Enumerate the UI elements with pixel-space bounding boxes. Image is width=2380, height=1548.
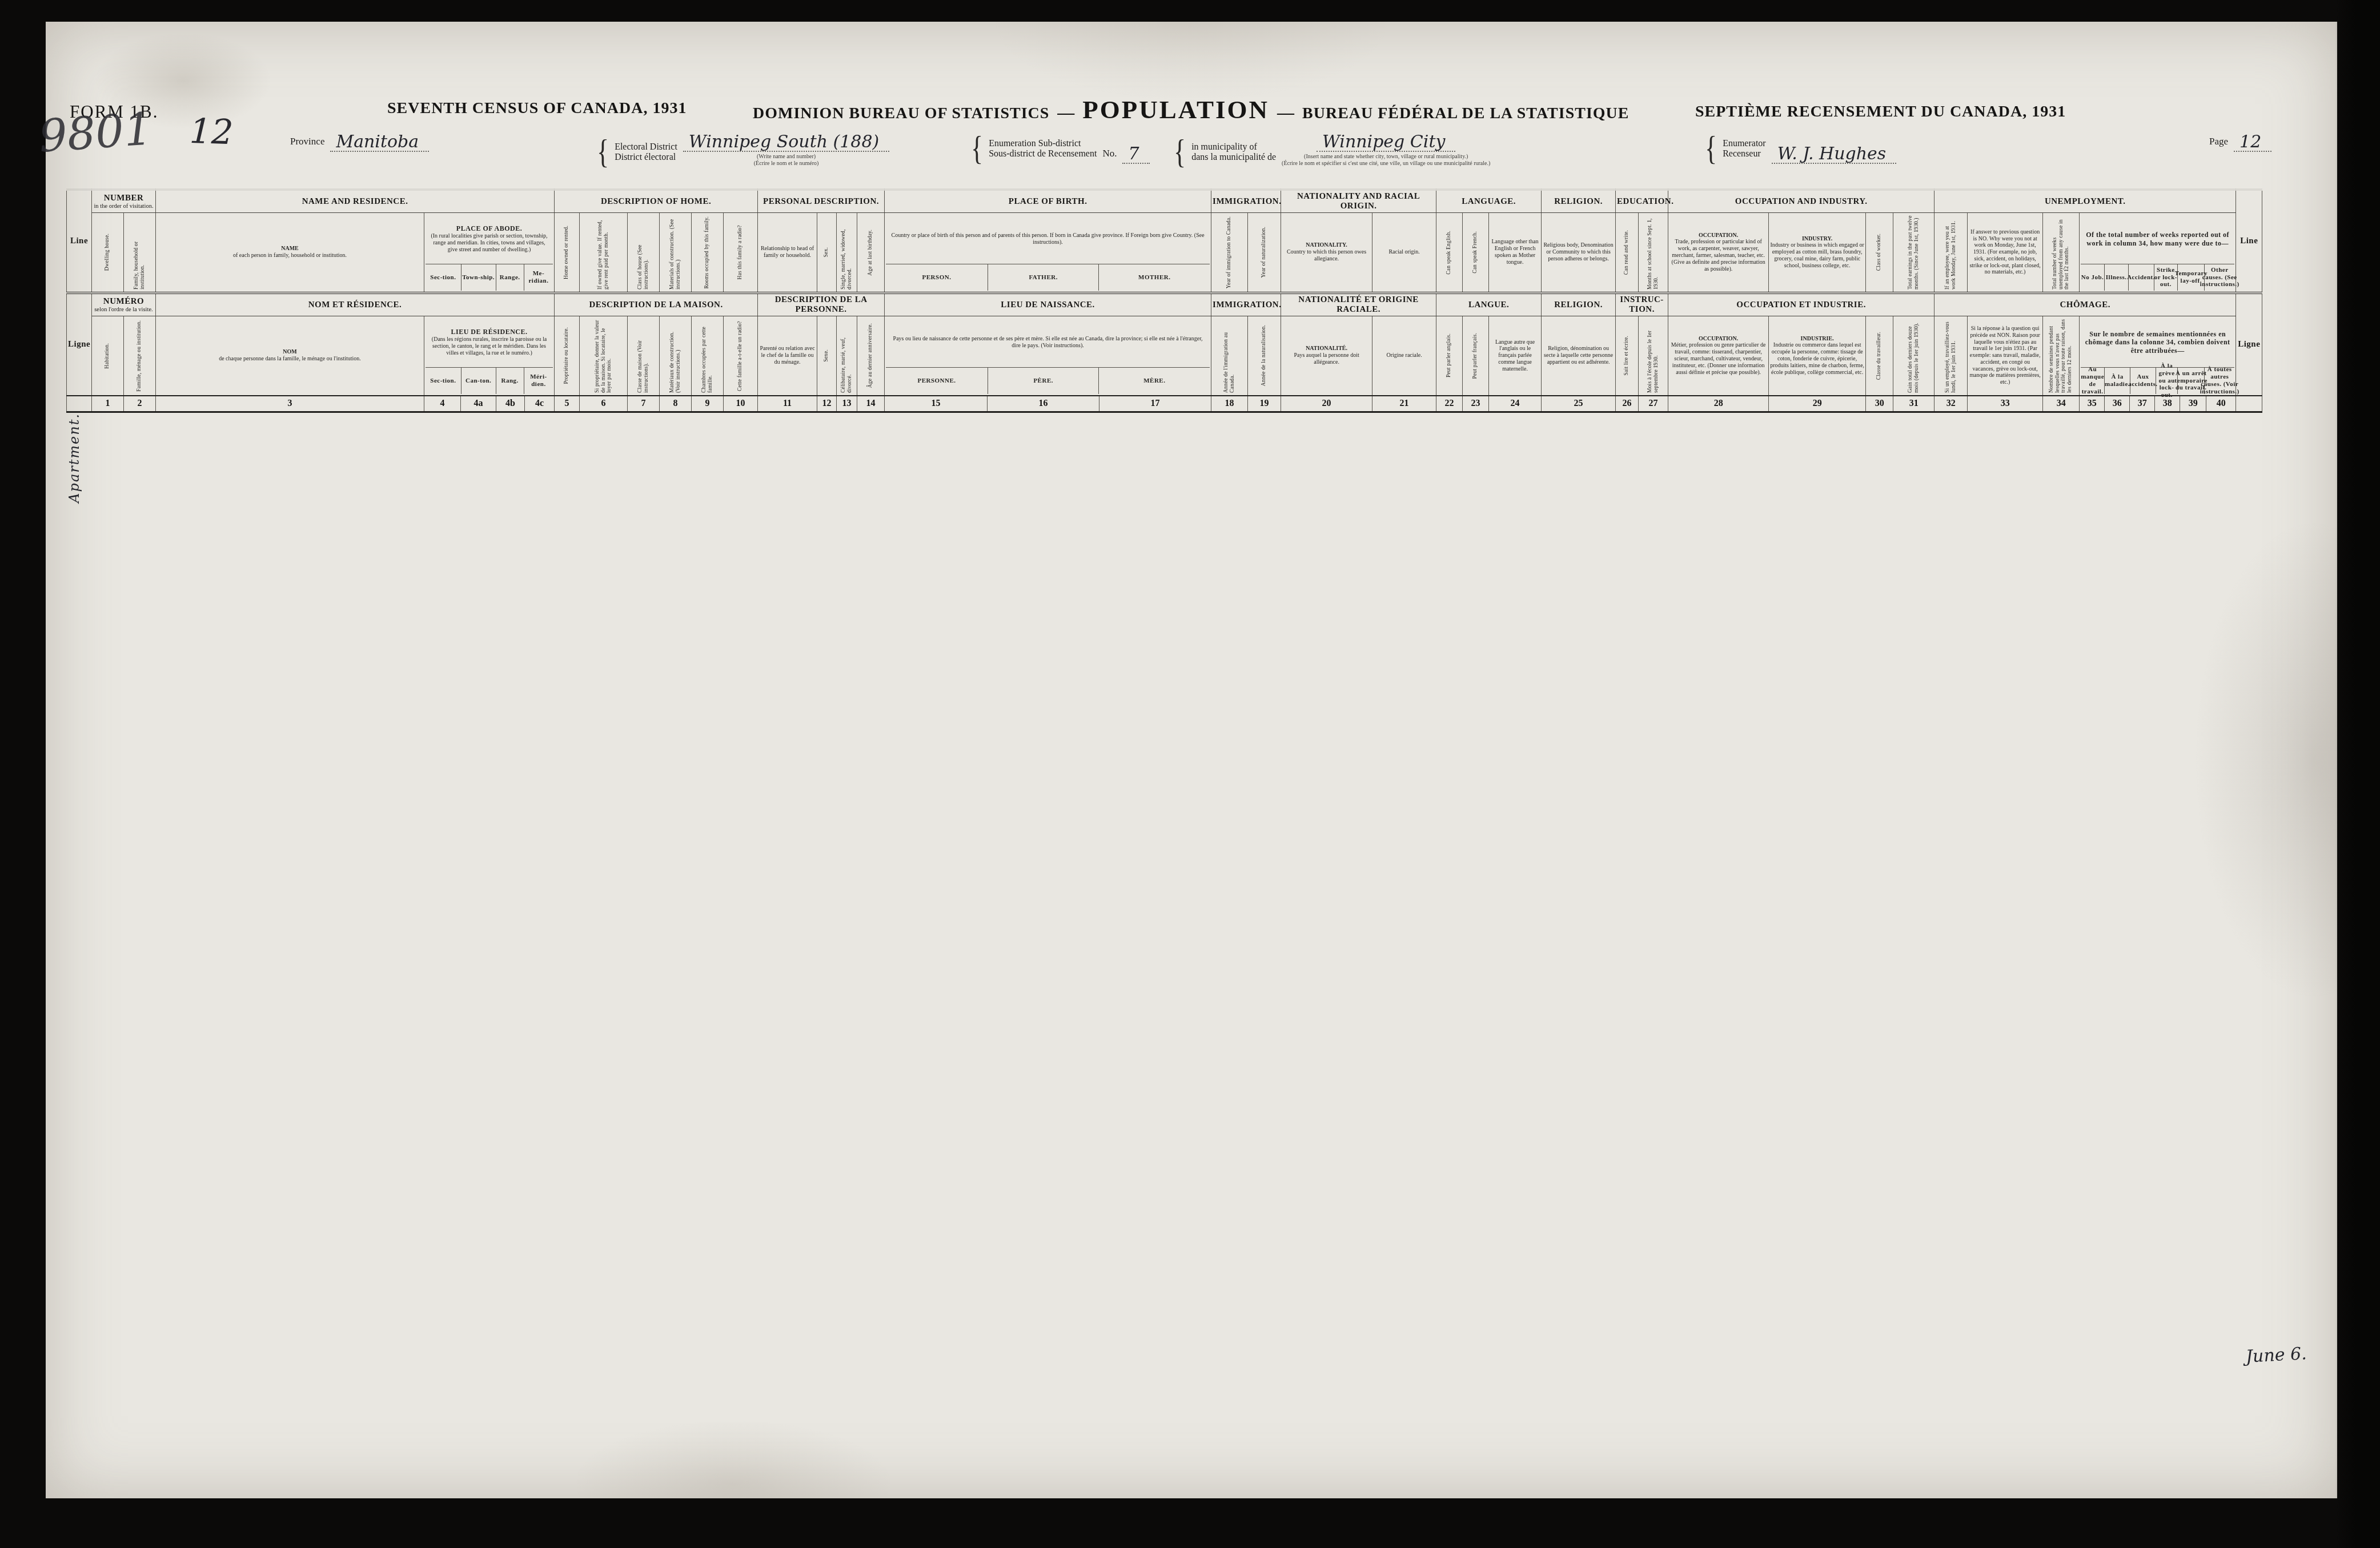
col-label-c8: Materials of construction. (See instruct… [660,213,692,293]
electoral-note: (Write name and number)(Écrire le nom et… [754,152,819,167]
vertical-label: Sait lire et écrire. [1624,336,1630,375]
vertical-label: Sexe. [824,349,830,362]
col-label-c21: Racial origin. [1372,213,1436,293]
group-title-LANGUAGE.: LANGUAGE. [1436,190,1542,213]
col-label-c34: Nombre de semaines pendant lesquelles vo… [2043,316,2080,396]
col-number-21: 21 [1372,396,1436,412]
col-label-c25: Religious body, Denomination or Communit… [1542,213,1616,293]
col-label-c19: Year of naturalization. [1248,213,1281,293]
col-label-c7: Class of house (See instructions). [628,213,660,293]
subgroup-note: Of the total number of weeks reported ou… [2081,214,2234,264]
col-label-c19: Année de la naturalisation. [1248,316,1281,396]
subgroup-inner: Of the total number of weeks reported ou… [2081,214,2234,291]
group-title-NATIONALITÉ ET ORIGINE RACIALE.: NATIONALITÉ ET ORIGINE RACIALE. [1281,293,1436,316]
col-label-c10: Has this family a radio? [724,213,758,293]
subgroup-note: Pays ou lieu de naissance de cette perso… [886,317,1210,367]
col-label-c9: Chambres occupées par cette famille. [692,316,724,396]
municipality-label-en: in municipality of [1191,142,1276,152]
mini-label-c36: À la maladie. [2105,368,2130,394]
census-sheet-paper: FORM 1B. 9801 12 SEVENTH CENSUS OF CANAD… [46,22,2337,1498]
col-label-c26: Can read and write. [1616,213,1639,293]
mini-label-c17: MOTHER. [1099,264,1210,291]
col-number-31: 31 [1893,396,1934,412]
page-label: Page [2209,136,2228,152]
vertical-label: Class of worker. [1876,234,1883,271]
dash: — [1057,103,1074,123]
group-title-DESCRIPTION DE LA MAISON.: DESCRIPTION DE LA MAISON. [555,293,758,316]
col-label-c34: Total number of weeks unemployed from an… [2043,213,2080,293]
mini-label-c4c: Méri-dien. [524,368,553,394]
col-number-9: 9 [692,396,724,412]
col-label-c30: Class of worker. [1866,213,1893,293]
brace: { [1174,132,1186,173]
subgroup-mini-row: No Job.Illness.Accident.Strike or lock-o… [2081,264,2234,291]
col-number-33: 33 [1968,396,2043,412]
subgroup-mini-row: PERSON.FATHER.MOTHER. [886,264,1210,291]
col-label-c12: Sexe. [817,316,837,396]
col-number-26: 26 [1616,396,1639,412]
group-title-NUMBER: NUMBERin the order of visitation. [92,190,156,213]
mini-label-c37: Accident. [2129,264,2154,291]
col-label-c26: Sait lire et écrire. [1616,316,1639,396]
vertical-label: Gain total des derniers douze mois (depu… [1908,319,1920,393]
group-title-NOM ET RÉSIDENCE.: NOM ET RÉSIDENCE. [156,293,555,316]
subdistrict-label-fr: Sous-district de Recensement [989,149,1097,159]
vertical-label: Has this family a radio? [737,225,744,280]
subgroup-mini-row: PERSONNE.PÈRE.MÈRE. [886,367,1210,394]
enumerator-label-fr: Recenseur [1723,149,1766,159]
col-number-3: 3 [156,396,424,412]
vertical-label: Single, married, widowed, divorced. [841,215,853,290]
group-title-UNEMPLOYMENT.: UNEMPLOYMENT. [1934,190,2236,213]
electoral-note-fr: (Écrire le nom et le numéro) [754,160,819,167]
vertical-label: Home owned or rented. [564,226,570,279]
col-label-c29: INDUSTRY.Industry or business in which e… [1769,213,1866,293]
mini-label-c4a: Town-ship. [461,264,496,291]
scan-edge-shadow [2335,0,2380,1548]
vertical-label: Chambres occupées par cette famille. [701,319,713,393]
municipality-note: (Insert name and state whether city, tow… [1282,152,1490,167]
col-label-c7: Classe de maison (Voir instructions). [628,316,660,396]
col-number-13: 13 [837,396,857,412]
electoral-district-value: Winnipeg South (188) [683,134,889,152]
col-label-c14: Age at last birthday. [857,213,885,293]
vertical-label: Célibataire, marié, veuf, divorcé. [841,319,853,393]
col-number-4a: 4a [461,396,496,412]
vertical-label: Age at last birthday. [868,230,874,276]
subgroup-cell: PLACE OF ABODE.(In rural localities give… [424,213,555,293]
col-label-c12: Sex. [817,213,837,293]
col-label-c32: Si un employé, travailliez-vous lundi, l… [1934,316,1968,396]
subgroup-inner: Country or place of birth of this person… [886,214,1210,291]
subgroup-note: Sur le nombre de semaines mentionnées en… [2081,317,2234,367]
col-label-c11: Relationship to head of family or househ… [758,213,817,293]
page-header: FORM 1B. 9801 12 SEVENTH CENSUS OF CANAD… [46,22,2337,188]
population-title: POPULATION [1082,95,1269,124]
mini-label-c16: FATHER. [988,264,1099,291]
col-label-c14: Âge au dernier anniversaire. [857,316,885,396]
col-label-c24: Langue autre que l'anglais ou le françai… [1489,316,1542,396]
col-label-c22: Can speak English. [1436,213,1463,293]
subgroup-cell: Of the total number of weeks reported ou… [2080,213,2236,293]
group-title-PLACE OF BIRTH.: PLACE OF BIRTH. [885,190,1211,213]
vertical-label: Can speak French. [1472,231,1479,274]
electoral-district-field: { Electoral District District électoral … [597,134,889,167]
vertical-label: Famille, ménage ou institution. [137,320,143,392]
subgroup-inner: LIEU DE RÉSIDENCE.(Dans les régions rura… [426,317,553,394]
group-title-NUMÉRO: NUMÉROselon l'ordre de la visite. [92,293,156,316]
group-title-LIEU DE NAISSANCE.: LIEU DE NAISSANCE. [885,293,1211,316]
municipality-note-fr: (Écrire le nom et spécifier si c'est une… [1282,160,1490,167]
brace: { [1705,128,1717,170]
col-label-c30: Classe du travailleur. [1866,316,1893,396]
subgroup-note: LIEU DE RÉSIDENCE.(Dans les régions rura… [426,317,553,367]
col-label-c28: OCCUPATION.Métier, profession ou genre p… [1668,316,1769,396]
group-title-INSTRUC-TION.: INSTRUC-TION. [1616,293,1668,316]
subdistrict-field: { Enumeration Sub-district Sous-district… [971,134,1150,164]
vertical-label: Âge au dernier anniversaire. [868,323,874,388]
col-number-2: 2 [124,396,156,412]
census-table-wrap: LineNUMBERin the order of visitation.NAM… [66,188,2317,413]
col-number-10: 10 [724,396,758,412]
col-label-c23: Can speak French. [1463,213,1489,293]
col-number-20: 20 [1281,396,1372,412]
col-label-c5: Home owned or rented. [555,213,580,293]
col-number-line_r [2236,396,2262,412]
vertical-label: Habitation. [105,343,111,369]
mini-label-c16: PÈRE. [988,368,1099,394]
enumerator-value: W. J. Hughes [1772,146,1897,164]
col-label-c22: Peut parler anglais. [1436,316,1463,396]
mini-label-c36: Illness. [2105,264,2129,291]
enumerator-labels: Enumerator Recenseur [1723,139,1766,164]
col-label-c23: Peut parler français. [1463,316,1489,396]
group-title-OCCUPATION ET INDUSTRIE.: OCCUPATION ET INDUSTRIE. [1668,293,1934,316]
subgroup-inner: PLACE OF ABODE.(In rural localities give… [426,214,553,291]
mini-label-c4: Sec-tion. [426,368,461,394]
municipality-label-fr: dans la municipalité de [1191,152,1276,163]
handwritten-book-number: 9801 [37,103,154,163]
province-value: Manitoba [330,134,429,152]
vertical-label: Total number of weeks unemployed from an… [2052,215,2070,290]
col-number-23: 23 [1463,396,1489,412]
col-number-4c: 4c [525,396,555,412]
group-title-LANGUE.: LANGUE. [1436,293,1542,316]
col-label-c25: Religion, dénomination ou secte à laquel… [1542,316,1616,396]
col-label-c29: INDUSTRIE.Industrie ou commerce dans leq… [1769,316,1866,396]
col-number-30: 30 [1866,396,1893,412]
col-number-1: 1 [92,396,124,412]
subgroup-note: Country or place of birth of this person… [886,214,1210,264]
group-title-row-fr: LigneNUMÉROselon l'ordre de la visite.NO… [67,293,2262,316]
subgroup-mini-row: Sec-tion.Can-ton.Rang.Méri-dien. [426,367,553,394]
subgroup-mini-row: Sec-tion.Town-ship.Range.Me-ridian. [426,264,553,291]
bureau-right: BUREAU FÉDÉRAL DE LA STATISTIQUE [1302,104,1629,123]
group-title-PERSONAL DESCRIPTION.: PERSONAL DESCRIPTION. [758,190,885,213]
col-number-27: 27 [1639,396,1668,412]
vertical-label: Peut parler français. [1472,333,1479,379]
vertical-label: If an employee, were you at work Monday,… [1945,215,1957,290]
vertical-label: Mois à l'école depuis le 1er septembre 1… [1647,319,1659,393]
municipality-value-wrap: Winnipeg City (Insert name and state whe… [1282,134,1490,167]
vertical-label: Sex. [824,247,830,257]
col-number-36: 36 [2105,396,2130,412]
vertical-label: Classe du travailleur. [1876,332,1883,380]
subgroup-inner: Pays ou lieu de naissance de cette perso… [886,317,1210,394]
col-label-c2: Famille, ménage ou institution. [124,316,156,396]
col-label-c8: Matériaux de construction. (Voir instruc… [660,316,692,396]
electoral-note-en: (Write name and number) [757,154,816,160]
vertical-label: Si un employé, travailliez-vous lundi, l… [1945,319,1957,393]
subgroup-mini-row: Au manque de travail.À la maladie.Aux ac… [2081,367,2234,394]
brace: { [971,128,983,170]
col-label-c11: Parenté ou relation avec le chef de la f… [758,316,817,396]
mini-label-c4: Sec-tion. [426,264,461,291]
group-title-CHÔMAGE.: CHÔMAGE. [1934,293,2236,316]
group-title-EDUCATION.: EDUCATION. [1616,190,1668,213]
bureau-left: DOMINION BUREAU OF STATISTICS [753,104,1049,123]
vertical-label: Rooms occupied by this family. [704,216,711,289]
vertical-label: Total earnings in the past twelve months… [1908,215,1920,290]
col-label-c3: NAMEof each person in family, household … [156,213,424,293]
bureau-title: DOMINION BUREAU OF STATISTICS — POPULATI… [753,95,1629,124]
vertical-label: Si propriétaire, donner la valeur de la … [595,319,613,393]
vertical-label: Classe de maison (Voir instructions). [637,319,649,393]
census-table: LineNUMBERin the order of visitation.NAM… [66,188,2262,413]
col-label-c21: Origine raciale. [1372,316,1436,396]
group-title-RELIGION.: RELIGION. [1542,190,1616,213]
label-row-en: Dwelling house.Family, household or inst… [67,213,2262,293]
mini-label-c4a: Can-ton. [461,368,496,394]
vertical-label: Matériaux de construction. (Voir instruc… [669,319,681,393]
col-label-c27: Mois à l'école depuis le 1er septembre 1… [1639,316,1668,396]
col-number-29: 29 [1769,396,1866,412]
province-label: Province [290,136,324,152]
col-label-c31: Total earnings in the past twelve months… [1893,213,1934,293]
vertical-label: Can read and write. [1624,230,1630,275]
col-label-c6: If owned give value. If rented, give ren… [580,213,628,293]
table-head: LineNUMBERin the order of visitation.NAM… [67,190,2262,412]
vertical-label: Dwelling house. [105,234,111,271]
no-label: No. [1102,148,1117,164]
label-row-fr: Habitation.Famille, ménage ou institutio… [67,316,2262,396]
col-number-34: 34 [2043,396,2080,412]
line-col-head: Line [2236,190,2262,293]
col-number-22: 22 [1436,396,1463,412]
page-number: 12 [2234,134,2271,152]
line-col-head: Ligne [2236,293,2262,396]
col-label-c2: Family, household or institution. [124,213,156,293]
group-title-RELIGION.: RELIGION. [1542,293,1616,316]
col-label-c32: If an employee, were you at work Monday,… [1934,213,1968,293]
mini-label-c40: À toutes autres causes. (Voir instructio… [2205,368,2234,394]
group-title-row-en: LineNUMBERin the order of visitation.NAM… [67,190,2262,213]
vertical-label: Année de la naturalisation. [1261,325,1267,386]
mini-label-c4b: Range. [496,264,524,291]
subgroup-inner: Sur le nombre de semaines mentionnées en… [2081,317,2234,394]
dash: — [1277,103,1294,123]
col-label-c18: Year of immigration to Canada. [1211,213,1248,293]
electoral-district-labels: Electoral District District électoral [615,142,677,167]
group-title-NAME AND RESIDENCE.: NAME AND RESIDENCE. [156,190,555,213]
mini-label-c35: No Job. [2081,264,2105,291]
vertical-label: Year of naturalization. [1261,227,1267,278]
col-label-c3: NOMde chaque personne dans la famille, l… [156,316,424,396]
col-number-12: 12 [817,396,837,412]
mini-label-c40: Other causes. (See instructions.) [2205,264,2234,291]
municipality-value: Winnipeg City [1317,134,1455,152]
mini-label-c4c: Me-ridian. [524,264,553,291]
col-number-16: 16 [988,396,1099,412]
electoral-label-en: Electoral District [615,142,677,152]
subdistrict-labels: Enumeration Sub-district Sous-district d… [989,139,1097,164]
vertical-label: Cette famille a-t-elle un radio? [737,321,744,391]
col-number-18: 18 [1211,396,1248,412]
col-number-40: 40 [2206,396,2236,412]
col-label-c20: NATIONALITÉ.Pays auquel la personne doit… [1281,316,1372,396]
col-label-c1: Dwelling house. [92,213,124,293]
col-number-24: 24 [1489,396,1542,412]
vertical-label: Class of house (See instructions). [637,215,649,290]
subgroup-cell: Pays ou lieu de naissance de cette perso… [885,316,1211,396]
municipality-note-en: (Insert name and state whether city, tow… [1304,154,1468,160]
mini-label-c35: Au manque de travail. [2081,368,2105,394]
col-number-4: 4 [424,396,461,412]
vertical-label: Nombre de semaines pendant lesquelles vo… [2049,319,2073,393]
handwritten-district-number: 12 [189,111,234,153]
col-number-19: 19 [1248,396,1281,412]
subdistrict-number: 7 [1122,146,1149,164]
col-number-15: 15 [885,396,988,412]
col-number-6: 6 [580,396,628,412]
col-label-c9: Rooms occupied by this family. [692,213,724,293]
apartment-margin-note: Apartment. [66,413,82,503]
enumerator-label-en: Enumerator [1723,139,1766,149]
col-label-c20: NATIONALITY.Country to which this person… [1281,213,1372,293]
col-label-c1: Habitation. [92,316,124,396]
scanned-census-page: { "form": { "form_no": "FORM 1B.", "cens… [0,0,2380,1548]
col-label-c33: Si la réponse à la question qui précède … [1968,316,2043,396]
group-title-DESCRIPTION DE LA PERSONNE.: DESCRIPTION DE LA PERSONNE. [758,293,885,316]
col-number-39: 39 [2180,396,2206,412]
mini-label-c17: MÈRE. [1099,368,1210,394]
col-number-11: 11 [758,396,817,412]
census-title-fr: SEPTIÈME RECENSEMENT DU CANADA, 1931 [1695,103,2066,121]
vertical-label: Months at school since Sept. 1, 1930. [1647,215,1659,290]
vertical-label: Year of immigration to Canada. [1226,216,1233,288]
group-title-IMMIGRATION.: IMMIGRATION. [1211,293,1281,316]
col-label-c24: Language other than English or French sp… [1489,213,1542,293]
province-field: Province Manitoba [290,134,429,152]
vertical-label: Peut parler anglais. [1446,333,1452,377]
col-number-4b: 4b [496,396,525,412]
col-label-c5: Propriétaire ou locataire. [555,316,580,396]
column-numbers-row: 12344a4b4c567891011121314151617181920212… [67,396,2262,412]
col-label-c31: Gain total des derniers douze mois (depu… [1893,316,1934,396]
subdistrict-label-en: Enumeration Sub-district [989,139,1097,149]
group-title-DESCRIPTION OF HOME.: DESCRIPTION OF HOME. [555,190,758,213]
page-field: Page 12 [2209,134,2271,152]
electoral-label-fr: District électoral [615,152,677,163]
col-number-line_l [67,396,92,412]
handwritten-date-note: June 6. [2245,1344,2307,1367]
mini-label-c4b: Rang. [496,368,524,394]
line-col-head: Ligne [67,293,92,396]
col-label-c33: If answer to previous question is NO. Wh… [1968,213,2043,293]
col-number-25: 25 [1542,396,1616,412]
subgroup-cell: LIEU DE RÉSIDENCE.(Dans les régions rura… [424,316,555,396]
group-title-NATIONALITY AND RACIAL ORIGIN.: NATIONALITY AND RACIAL ORIGIN. [1281,190,1436,213]
brace: { [597,132,609,173]
mini-label-c15: PERSONNE. [886,368,988,394]
col-number-35: 35 [2080,396,2105,412]
col-number-5: 5 [555,396,580,412]
vertical-label: Année de l'immigration au Canada. [1223,319,1235,393]
census-title-en: SEVENTH CENSUS OF CANADA, 1931 [387,99,687,118]
col-number-14: 14 [857,396,885,412]
col-number-37: 37 [2130,396,2155,412]
subgroup-note: PLACE OF ABODE.(In rural localities give… [426,214,553,264]
group-title-IMMIGRATION.: IMMIGRATION. [1211,190,1281,213]
vertical-label: Propriétaire ou locataire. [564,327,570,384]
col-label-c28: OCCUPATION.Trade, profession or particul… [1668,213,1769,293]
vertical-label: Materials of construction. (See instruct… [669,215,681,290]
group-title-OCCUPATION AND INDUSTRY.: OCCUPATION AND INDUSTRY. [1668,190,1934,213]
line-col-head: Line [67,190,92,293]
mini-label-c15: PERSON. [886,264,988,291]
vertical-label: Family, household or institution. [134,215,146,290]
subgroup-cell: Country or place of birth of this person… [885,213,1211,293]
col-label-c10: Cette famille a-t-elle un radio? [724,316,758,396]
mini-label-c37: Aux accidents. [2130,368,2156,394]
col-label-c27: Months at school since Sept. 1, 1930. [1639,213,1668,293]
municipality-field: { in municipality of dans la municipalit… [1174,134,1490,167]
municipality-labels: in municipality of dans la municipalité … [1191,142,1276,167]
enumerator-field: { Enumerator Recenseur W. J. Hughes [1705,134,1896,164]
col-label-c13: Single, married, widowed, divorced. [837,213,857,293]
col-number-8: 8 [660,396,692,412]
vertical-label: Can speak English. [1446,231,1452,275]
col-number-7: 7 [628,396,660,412]
subgroup-cell: Sur le nombre de semaines mentionnées en… [2080,316,2236,396]
col-number-32: 32 [1934,396,1968,412]
col-number-17: 17 [1099,396,1211,412]
vertical-label: If owned give value. If rented, give ren… [597,215,609,290]
col-label-c6: Si propriétaire, donner la valeur de la … [580,316,628,396]
col-label-c13: Célibataire, marié, veuf, divorcé. [837,316,857,396]
electoral-value-wrap: Winnipeg South (188) (Write name and num… [683,134,889,167]
col-label-c18: Année de l'immigration au Canada. [1211,316,1248,396]
col-number-28: 28 [1668,396,1769,412]
